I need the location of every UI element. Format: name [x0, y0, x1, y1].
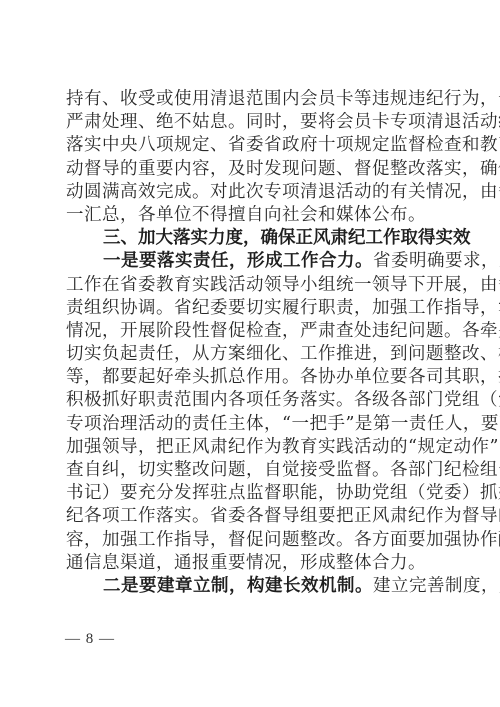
text-line: 落实中央八项规定、省委省政府十项规定监督检查和教育实践活: [66, 134, 438, 157]
paragraph-text: 建立完善制度，严格执行: [373, 576, 500, 596]
text-line: 责组织协调。省纪委要切实履行职责，加强工作指导，掌握面上: [66, 297, 438, 320]
text-line: 纪各项工作落实。省委各督导组要把正风肃纪作为督导的重要内: [66, 505, 438, 528]
text-line: 工作在省委教育实践活动领导小组统一领导下开展，由省纪委负: [66, 274, 438, 297]
text-line: 专项治理活动的责任主体，“一把手”是第一责任人，要高度重视、: [66, 413, 438, 436]
paragraph-lead: 二是要建章立制，构建长效机制。: [103, 576, 373, 596]
paragraph-first-line: 二是要建章立制，构建长效机制。建立完善制度，严格执行: [66, 575, 438, 598]
text-line: 等，都要起好牵头抓总作用。各协办单位要各司其职，搞好配合，: [66, 366, 438, 389]
text-line: 容，加强工作指导，督促问题整改。各方面要加强协作配合，畅: [66, 529, 438, 552]
paragraph-first-line: 一是要落实责任，形成工作合力。省委明确要求，正风肃纪: [66, 250, 438, 273]
text-line: 动督导的重要内容，及时发现问题、督促整改落实，确保清退活: [66, 158, 438, 181]
text-line: 查自纠，切实整改问题，自觉接受监督。各部门纪检组长（纪委: [66, 459, 438, 482]
page-number: — 8 —: [65, 631, 115, 648]
text-line: 动圆满高效完成。对此次专项清退活动的有关情况，由省纪委统: [66, 181, 438, 204]
text-line: 书记）要充分发挥驻点监督职能，协助党组（党委）抓好正风肃: [66, 482, 438, 505]
text-line: 持有、收受或使用清退范围内会员卡等违规违纪行为，一经发现，: [66, 88, 438, 111]
text-line: 情况，开展阶段性督促检查，严肃查处违纪问题。各牵头单位要: [66, 320, 438, 343]
paragraph-lead: 一是要落实责任，形成工作合力。: [103, 251, 373, 271]
section-heading: 三、加大落实力度，确保正风肃纪工作取得实效: [66, 227, 438, 250]
document-page: 持有、收受或使用清退范围内会员卡等违规违纪行为，一经发现， 严肃处理、绝不姑息。…: [0, 0, 500, 707]
text-line: 切实负起责任，从方案细化、工作推进，到问题整改、机制完善: [66, 343, 438, 366]
text-line: 一汇总，各单位不得擅自向社会和媒体公布。: [66, 204, 438, 227]
text-line: 严肃处理、绝不姑息。同时，要将会员卡专项清退活动纳入贯彻: [66, 111, 438, 134]
text-line: 加强领导，把正风肃纪作为教育实践活动的“规定动作”，深入自: [66, 436, 438, 459]
text-line: 积极抓好职责范围内各项任务落实。各级各部门党组（党委）是: [66, 389, 438, 412]
paragraph-text: 省委明确要求，正风肃纪: [373, 251, 500, 271]
text-line: 通信息渠道，通报重要情况，形成整体合力。: [66, 552, 438, 575]
body-text: 持有、收受或使用清退范围内会员卡等违规违纪行为，一经发现， 严肃处理、绝不姑息。…: [66, 88, 438, 598]
